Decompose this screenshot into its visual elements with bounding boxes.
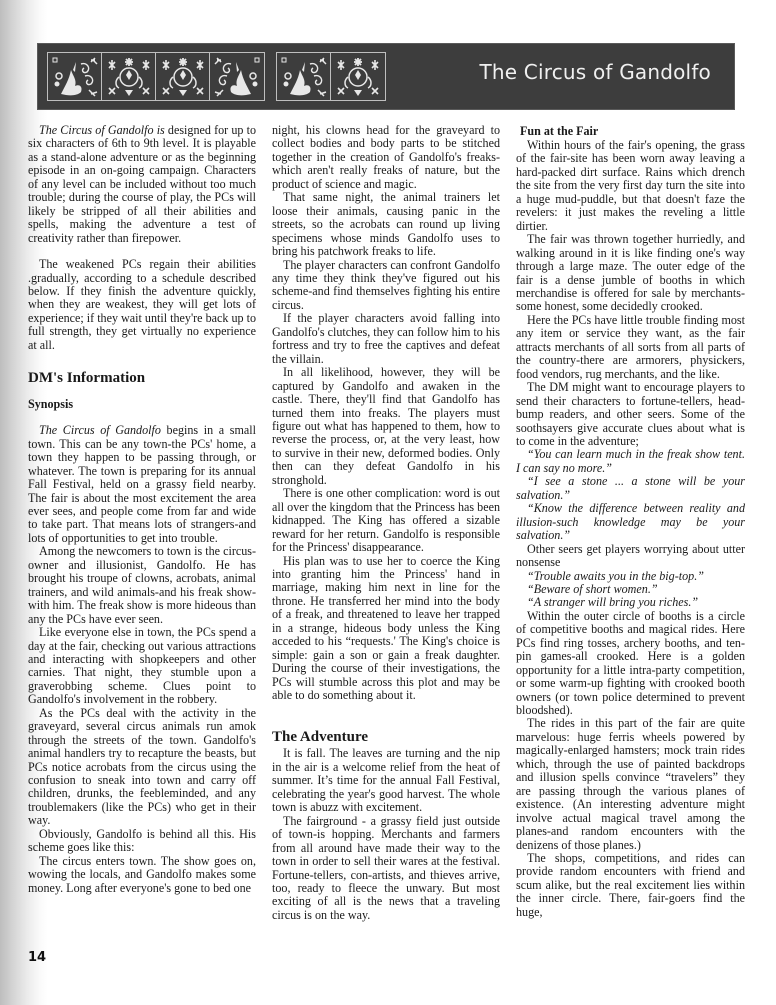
griffin-mirrored-ornament-icon bbox=[210, 53, 264, 100]
griffin-ornament-icon bbox=[48, 53, 102, 100]
subsection-heading-synopsis: Synopsis bbox=[28, 397, 256, 411]
synopsis-paragraph: If the player characters avoid falling i… bbox=[272, 312, 500, 366]
synopsis-paragraph: The circus enters town. The show goes on… bbox=[28, 855, 256, 895]
subsection-heading-fun-at-the-fair: Fun at the Fair bbox=[520, 124, 745, 138]
adventure-paragraph: The fairground - a grassy field just out… bbox=[272, 815, 500, 923]
fair-paragraph: The rides in this part of the fair are q… bbox=[516, 717, 745, 852]
griffin-ornament-icon bbox=[277, 53, 331, 100]
adventure-paragraph: It is fall. The leaves are turning and t… bbox=[272, 747, 500, 814]
synopsis-paragraph: There is one other complication: word is… bbox=[272, 487, 500, 554]
text-column-1: The Circus of Gandolfo is designed for u… bbox=[28, 124, 256, 895]
seer-quote: “I see a stone ... a stone will be your … bbox=[516, 475, 745, 502]
synopsis-paragraph: The Circus of Gandolfo begins in a small… bbox=[28, 424, 256, 545]
nonsense-quote: “Trouble awaits you in the big-top.” bbox=[516, 570, 745, 583]
intro-text: designed for up to six characters of 6th… bbox=[28, 123, 256, 245]
nonsense-quote: “Beware of short women.” bbox=[516, 583, 745, 596]
fair-paragraph: Here the PCs have little trouble finding… bbox=[516, 314, 745, 381]
nonsense-quote: “A stranger will bring you riches.” bbox=[516, 596, 745, 609]
fair-paragraph: Other seers get players worrying about u… bbox=[516, 543, 745, 570]
fair-paragraph: Within the outer circle of booths is a c… bbox=[516, 610, 745, 718]
intro-paragraph: The weakened PCs regain their abilities … bbox=[28, 258, 256, 352]
floral-ornament-icon bbox=[102, 53, 156, 100]
section-heading-dm-information: DM's Information bbox=[28, 369, 256, 387]
synopsis-paragraph: Obviously, Gandolfo is behind all this. … bbox=[28, 828, 256, 855]
synopsis-paragraph: night, his clowns head for the graveyard… bbox=[272, 124, 500, 191]
intro-paragraph: The Circus of Gandolfo is designed for u… bbox=[28, 124, 256, 245]
fair-paragraph: The shops, competitions, and rides can p… bbox=[516, 852, 745, 919]
floral-ornament-icon bbox=[331, 53, 385, 100]
fair-paragraph: Within hours of the fair's opening, the … bbox=[516, 139, 745, 233]
section-heading-the-adventure: The Adventure bbox=[272, 728, 500, 746]
module-title-italic: The Circus of Gandolfo is bbox=[39, 123, 165, 137]
synopsis-paragraph: Like everyone else in town, the PCs spen… bbox=[28, 626, 256, 707]
synopsis-text: begins in a small town. This can be any … bbox=[28, 423, 256, 545]
module-title-italic: The Circus of Gandolfo bbox=[39, 423, 161, 437]
synopsis-paragraph: His plan was to use her to coerce the Ki… bbox=[272, 555, 500, 703]
synopsis-paragraph: That same night, the animal trainers let… bbox=[272, 191, 500, 258]
ornament-tile-group bbox=[276, 52, 386, 101]
fair-paragraph: The fair was thrown together hurriedly, … bbox=[516, 233, 745, 314]
text-column-2: night, his clowns head for the graveyard… bbox=[272, 124, 500, 922]
text-column-3: Fun at the Fair Within hours of the fair… bbox=[516, 124, 745, 919]
synopsis-paragraph: As the PCs deal with the activity in the… bbox=[28, 707, 256, 828]
ornament-tile-group bbox=[47, 52, 265, 101]
chapter-banner: The Circus of Gandolfo bbox=[37, 43, 735, 110]
page-number: 14 bbox=[28, 950, 46, 965]
seer-quote: “Know the difference between reality and… bbox=[516, 502, 745, 542]
chapter-title: The Circus of Gandolfo bbox=[479, 60, 711, 84]
floral-ornament-icon bbox=[156, 53, 210, 100]
synopsis-paragraph: In all likelihood, however, they will be… bbox=[272, 366, 500, 487]
synopsis-paragraph: Among the newcomers to town is the circu… bbox=[28, 545, 256, 626]
fair-paragraph: The DM might want to encourage players t… bbox=[516, 381, 745, 448]
seer-quote: “You can learn much in the freak show te… bbox=[516, 448, 745, 475]
synopsis-paragraph: The player characters can confront Gando… bbox=[272, 259, 500, 313]
